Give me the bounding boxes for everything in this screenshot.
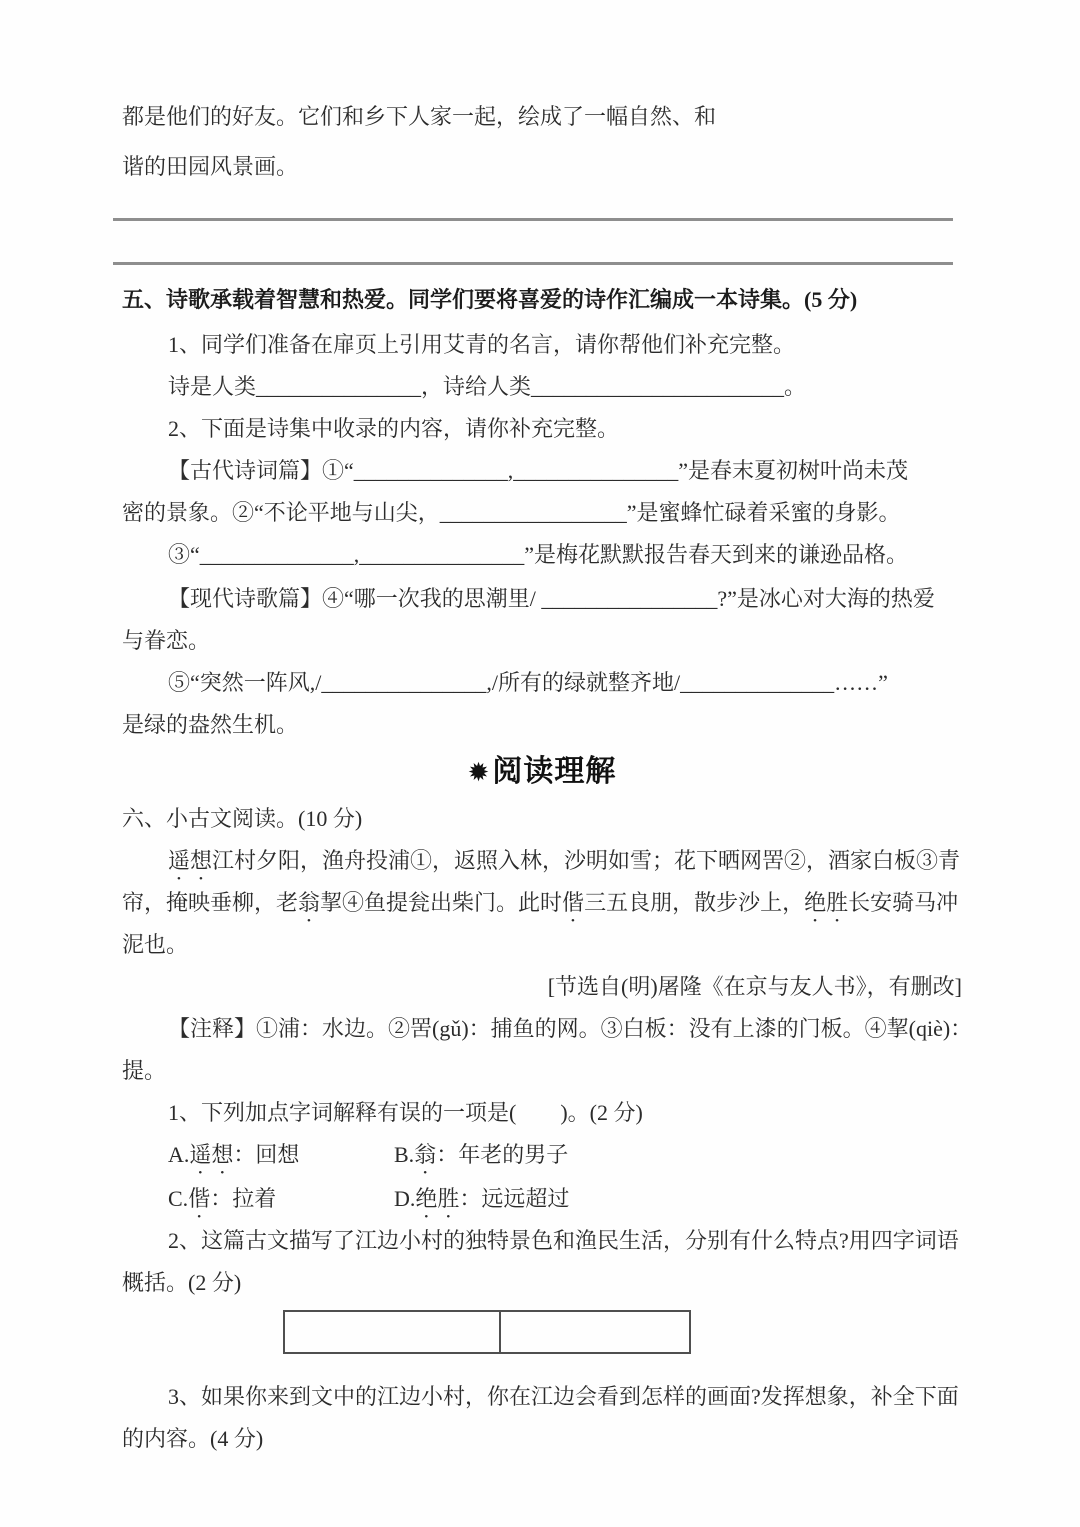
answer-cell-left	[285, 1312, 501, 1352]
section6-title: 六、小古文阅读。(10 分)	[122, 798, 962, 840]
section5-ancient-line-1: 【古代诗词篇】①“______________,_______________”…	[122, 450, 962, 492]
section6-q3-line-2: 的内容。(4 分)	[122, 1418, 962, 1460]
section5-modern-line-4: 是绿的盎然生机。	[122, 704, 962, 746]
section5-ancient-line-2: 密的景象。②“不论平地与山尖，_________________”是蜜蜂忙碌着采…	[122, 492, 962, 534]
passage-source: [节选自(明)屠隆《在京与友人书》，有删改]	[122, 966, 962, 1008]
section6-q2-line-1: 2、这篇古文描写了江边小村的独特景色和渔民生活，分别有什么特点?用四字词语	[122, 1220, 962, 1262]
answer-cell-right	[501, 1312, 689, 1352]
notes-line-2: 提。	[122, 1050, 962, 1092]
intro-line-2: 谐的田园风景画。	[122, 146, 962, 188]
passage-line-3: 泥也。	[122, 924, 962, 966]
option-row-cd: C.偕：拉着D.绝胜：远远超过	[122, 1178, 962, 1220]
notes-line-1: 【注释】①浦：水边。②罟(gǔ)：捕鱼的网。③白板：没有上漆的门板。④挈(qiè…	[122, 1008, 962, 1050]
answer-rule-1	[113, 218, 953, 221]
option-row-ab: A.遥想：回想B.翁：年老的男子	[122, 1134, 962, 1176]
option-a: A.遥想：回想	[168, 1134, 394, 1179]
section6-q2-line-2: 概括。(2 分)	[122, 1262, 962, 1304]
exam-page: 都是他们的好友。它们和乡下人家一起，绘成了一幅自然、和 谐的田园风景画。 五、诗…	[0, 0, 1080, 1527]
intro-line-1: 都是他们的好友。它们和乡下人家一起，绘成了一幅自然、和	[122, 96, 962, 138]
answer-rule-2	[113, 262, 953, 265]
passage-line-2: 帘，掩映垂柳，老翁挈④鱼提瓮出柴门。此时偕三五良朋，散步沙上，绝胜长安骑马冲	[122, 882, 962, 924]
option-c: C.偕：拉着	[168, 1178, 394, 1223]
reading-section-header-label: 阅读理解	[492, 755, 616, 788]
reading-section-header: ✹阅读理解	[122, 746, 962, 798]
section5-ancient-line-3: ③“______________,_______________”是梅花默默报告…	[122, 534, 962, 576]
section5-modern-line-1: 【现代诗歌篇】④“哪一次我的思潮里/ ________________?”是冰心…	[122, 578, 962, 620]
passage-line-1: 遥想江村夕阳，渔舟投浦①，返照入林，沙明如雪；花下晒网罟②，酒家白板③青	[122, 840, 962, 882]
section5-title: 五、诗歌承载着智慧和热爱。同学们要将喜爱的诗作汇编成一本诗集。(5 分)	[122, 279, 962, 321]
section6-q1: 1、下列加点字词解释有误的一项是( )。(2 分)	[122, 1092, 962, 1134]
section5-q1-fill-blank: 诗是人类_______________，诗给人类________________…	[122, 366, 962, 408]
section5-q2: 2、下面是诗集中收录的内容，请你补充完整。	[122, 408, 962, 450]
section5-q1: 1、同学们准备在扉页上引用艾青的名言，请你帮他们补充完整。	[122, 324, 962, 366]
answer-table	[283, 1310, 691, 1354]
section6-q3-line-1: 3、如果你来到文中的江边小村，你在江边会看到怎样的画面?发挥想象，补全下面	[122, 1376, 962, 1418]
option-d: D.绝胜：远远超过	[394, 1186, 569, 1211]
star-icon: ✹	[468, 757, 491, 787]
option-b: B.翁：年老的男子	[394, 1142, 568, 1167]
section5-modern-line-2: 与眷恋。	[122, 620, 962, 662]
section5-modern-line-3: ⑤“突然一阵风,/_______________,/所有的绿就整齐地/_____…	[122, 662, 962, 704]
